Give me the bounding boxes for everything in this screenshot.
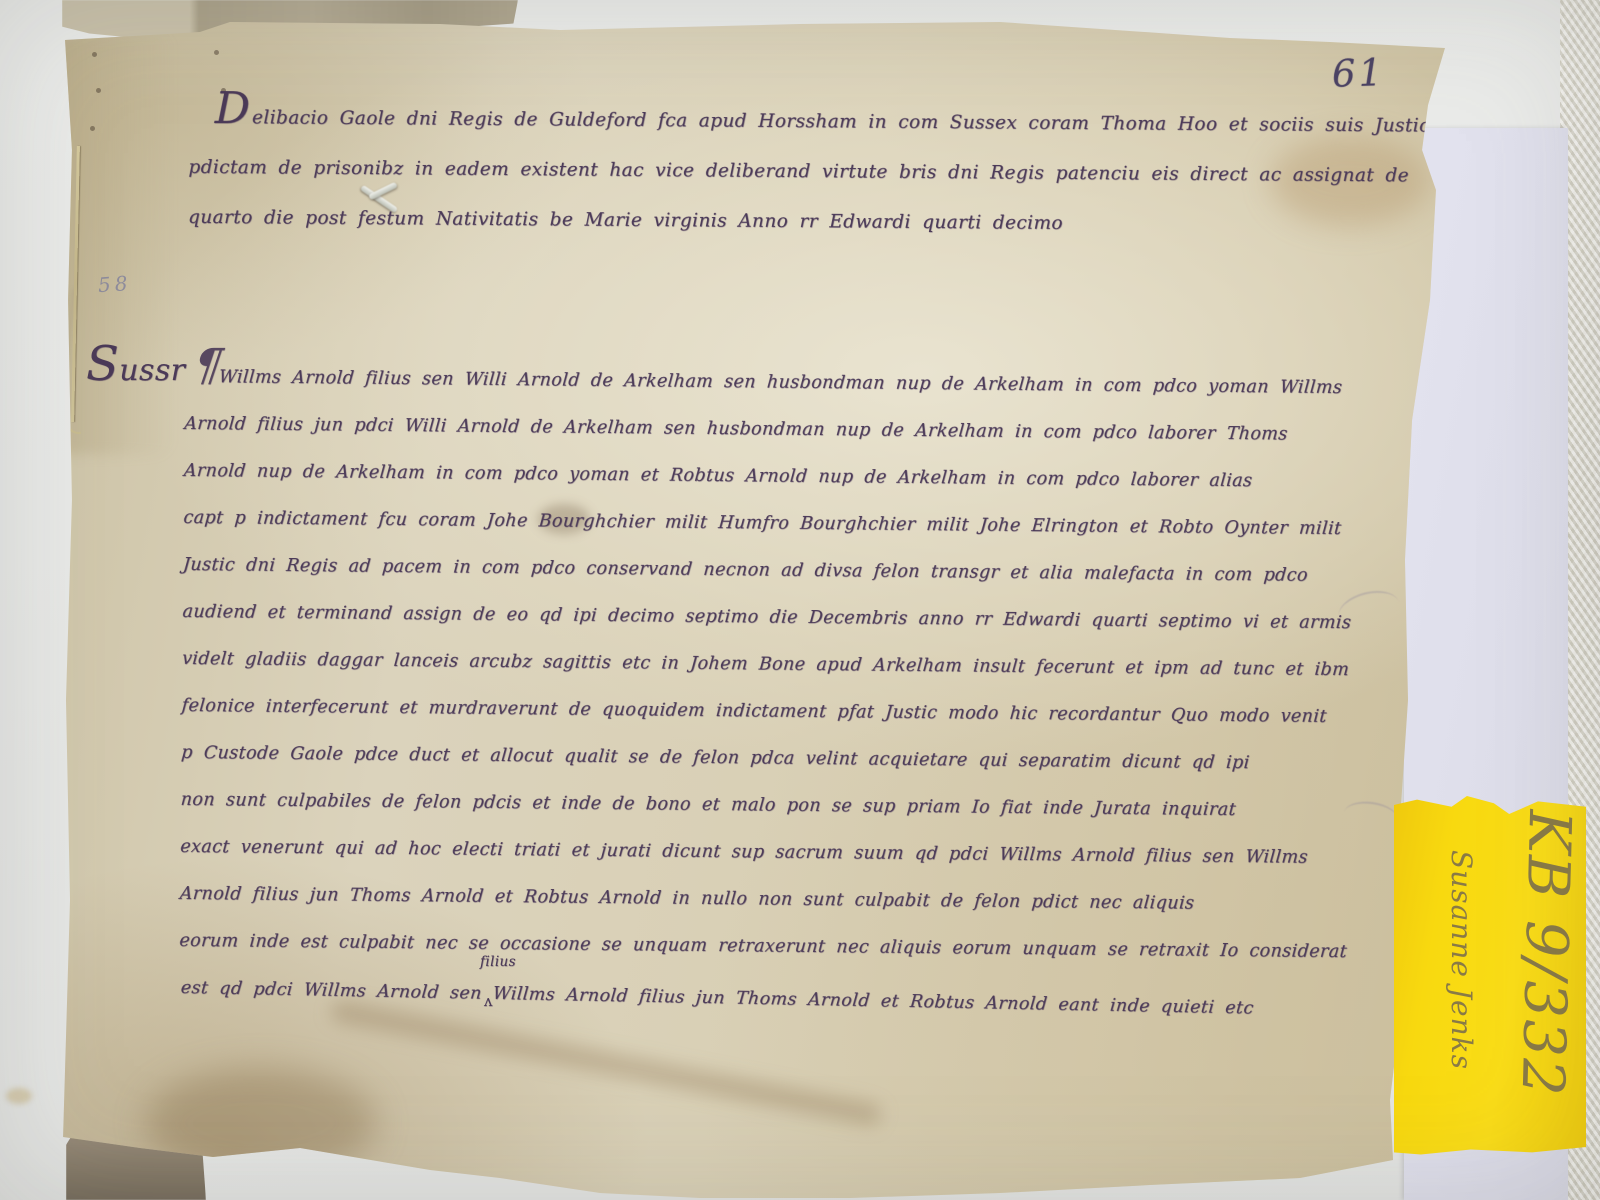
crease-line	[60, 18, 62, 288]
margin-county-label: Sussr	[86, 336, 185, 392]
folio-number-stamp: 61	[1331, 51, 1386, 96]
sticky-note: KB 9/332 Susanne Jenks	[1394, 796, 1586, 1156]
stitching-thread	[71, 146, 80, 422]
sticky-note-text: KB 9/332 Susanne Jenks	[1445, 796, 1580, 1136]
manuscript-header-line: Delibacio Gaole dni Regis de Guldeford f…	[215, 84, 1600, 153]
manuscript-header-line: quarto die post festum Nativitatis be Ma…	[188, 193, 1600, 253]
sticky-note-name: Susanne Jenks	[1445, 796, 1478, 1136]
manuscript-body: Willms Arnold filius sen Willi Arnold de…	[179, 354, 1354, 1023]
parchment-membrane: 61 58 Delibacio Gaole dni Regis de Gulde…	[60, 18, 1450, 1198]
folio-number-pencil: 58	[97, 271, 132, 297]
manuscript-body-line: est qd pdci Willms Arnold sen Willms Arn…	[179, 965, 1351, 1034]
archive-photograph: 61 58 Delibacio Gaole dni Regis de Gulde…	[0, 0, 1600, 1200]
sewing-hole	[96, 88, 101, 93]
interlinear-insertion: filius	[480, 954, 516, 970]
caret-mark: ʌ	[484, 992, 492, 1010]
manuscript-header: Delibacio Gaole dni Regis de Guldeford f…	[214, 84, 1600, 253]
sewing-hole	[92, 52, 97, 57]
background-stain	[6, 1088, 32, 1104]
pencil-squiggle	[1342, 798, 1399, 833]
sewing-hole	[90, 126, 95, 131]
sewing-hole	[214, 50, 219, 55]
sticky-note-reference: KB 9/332	[1508, 795, 1585, 1137]
